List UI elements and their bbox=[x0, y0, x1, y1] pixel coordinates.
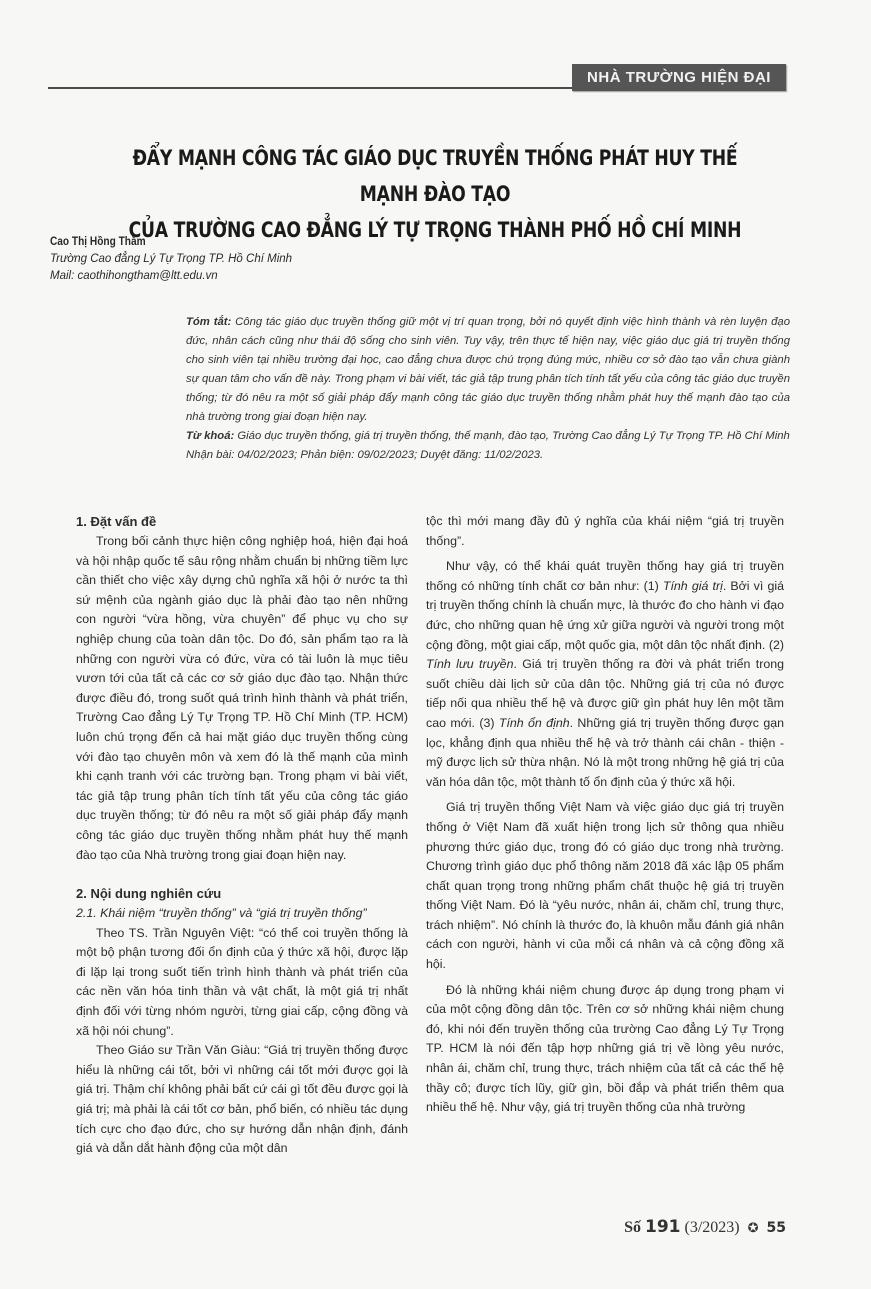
italic-term: Tính lưu truyền bbox=[426, 657, 513, 671]
section-heading-1: 1. Đặt vấn đề bbox=[76, 512, 408, 532]
right-column: tộc thì mới mang đầy đủ ý nghĩa của khái… bbox=[426, 512, 784, 1118]
page-footer: Số 191 (3/2023) ✪ 55 bbox=[600, 1217, 786, 1237]
body-paragraph: Giá trị truyền thống Việt Nam và việc gi… bbox=[426, 798, 784, 974]
article-title: ĐẨY MẠNH CÔNG TÁC GIÁO DỤC TRUYỀN THỐNG … bbox=[111, 140, 759, 248]
keywords-label: Từ khoá: bbox=[186, 430, 234, 442]
header-rule bbox=[48, 87, 573, 89]
body-paragraph: Trong bối cảnh thực hiện công nghiệp hoá… bbox=[76, 532, 408, 865]
author-block: Cao Thị Hồng Thắm Trường Cao đẳng Lý Tự … bbox=[50, 234, 292, 285]
issue-label: Số bbox=[624, 1219, 641, 1236]
italic-term: Tính giá trị bbox=[663, 579, 723, 593]
author-affiliation: Trường Cao đẳng Lý Tự Trọng TP. Hồ Chí M… bbox=[50, 251, 292, 268]
body-paragraph: Theo Giáo sư Trần Văn Giàu: “Giá trị tru… bbox=[76, 1041, 408, 1159]
author-email: Mail: caothihongtham@ltt.edu.vn bbox=[50, 268, 292, 285]
star-circle-icon: ✪ bbox=[748, 1220, 759, 1236]
title-line-1: ĐẨY MẠNH CÔNG TÁC GIÁO DỤC TRUYỀN THỐNG … bbox=[111, 140, 759, 212]
subsection-heading-2-1: 2.1. Khái niệm “truyền thống” và “giá tr… bbox=[76, 904, 408, 924]
issue-number: 191 bbox=[645, 1217, 681, 1237]
body-paragraph: Đó là những khái niệm chung được áp dụng… bbox=[426, 981, 784, 1118]
section-heading-2: 2. Nội dung nghiên cứu bbox=[76, 884, 408, 904]
keywords-paragraph: Từ khoá: Giáo dục truyền thống, giá trị … bbox=[186, 427, 790, 446]
left-column: 1. Đặt vấn đề Trong bối cảnh thực hiện c… bbox=[76, 512, 408, 1159]
issue-date: (3/2023) bbox=[685, 1219, 740, 1236]
body-paragraph: tộc thì mới mang đầy đủ ý nghĩa của khái… bbox=[426, 512, 784, 551]
body-paragraph: Như vậy, có thể khái quát truyền thống h… bbox=[426, 557, 784, 792]
abstract-label: Tóm tắt: bbox=[186, 316, 231, 328]
italic-term: Tính ổn định bbox=[499, 716, 570, 730]
keywords-text: Giáo dục truyền thống, giá trị truyền th… bbox=[234, 430, 790, 442]
abstract-paragraph: Tóm tắt: Công tác giáo dục truyền thống … bbox=[186, 313, 790, 427]
author-name: Cao Thị Hồng Thắm bbox=[50, 234, 263, 251]
body-paragraph: Theo TS. Trần Nguyên Việt: “có thể coi t… bbox=[76, 924, 408, 1042]
page-number: 55 bbox=[767, 1220, 786, 1236]
abstract-text: Công tác giáo dục truyền thống giữ một v… bbox=[186, 316, 790, 423]
review-dates: Nhận bài: 04/02/2023; Phản biện: 09/02/2… bbox=[186, 446, 790, 465]
section-tag: NHÀ TRƯỜNG HIỆN ĐẠI bbox=[572, 64, 786, 91]
abstract-block: Tóm tắt: Công tác giáo dục truyền thống … bbox=[186, 313, 790, 465]
